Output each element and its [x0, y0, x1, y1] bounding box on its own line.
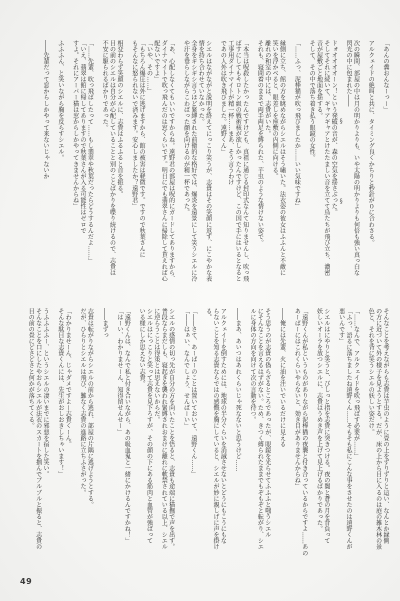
upper-text-tier: 「あんの糞おんなーっー」アルクェイドの絶叫と共に、タイミング良くかちりと秒針が０… — [42, 40, 389, 286]
blank-line — [93, 308, 100, 554]
blank-line — [359, 308, 366, 554]
text-line: いる様にしか思えない志貴。 — [138, 308, 145, 554]
blank-line — [123, 40, 130, 286]
text-line: シエルはながながと説明を終えてにっこり笑うが、志貴はその笑顔に返す、にこやかな表 — [204, 40, 211, 286]
blank-line — [271, 308, 278, 554]
text-line: ダイナマイトで吹っ飛んだのは窓くらいです。明日にでも翡翠さんに掃除して貰えれば心 — [160, 40, 167, 286]
blank-line — [374, 40, 381, 286]
blank-line — [197, 308, 204, 554]
text-line: そんなことを口にしたやおらシエルが法衣のスカートを掴んでブルブルと振ると、志貴の — [34, 308, 41, 554]
text-line: ――まあ、あいつはあれくらいじゃ死なないと思うけど…… — [234, 308, 241, 554]
text-line: ばすにしてもキロトン級の戦術核が欲しかったんですけど、この国で手にはいるとなると — [234, 40, 241, 286]
text-line: アルクェイドの絶叫と共に、タイミング良くかちりと秒針が０に合わさる。 — [367, 40, 374, 286]
text-line: そして、その中で落ち着き払う眼鏡の女性。 — [308, 40, 315, 286]
text-line: 「あんの糞おんなーっー」 — [382, 40, 389, 286]
section-break-mark: § § — [337, 40, 344, 286]
text-line: 「……なんで、アルクェイドを吹っ飛ばす必要が……」 — [352, 308, 359, 554]
blank-line — [93, 40, 100, 286]
text-line: 「――はぁい、なんでしょう、せんぱーい」 — [182, 308, 189, 554]
text-line: 「……先輩、吹っ飛ばしたって……もし翡翠や秋葉だったらどうするんだよ……」 — [86, 40, 93, 286]
text-line: 「いえ、翡翠は館に帰してありますので秋葉さんが入る可能性はゼロで — [79, 40, 86, 286]
text-line: あーぱーにはこれくらいやらないと、効き目がありませんからね」 — [293, 308, 300, 554]
blank-line — [49, 40, 56, 286]
text-line: シエルの感情の切っ先が自分の方を向いたことを悟ると、志貴も途端に猫撫で声を出す。 — [167, 308, 174, 554]
text-line: に逆らうことは得策とは思えないからだ。 — [153, 308, 160, 554]
text-line: 目の前のシエルは自分が心配していることと別のことばかりを喋り続けるので、志貴は — [108, 40, 115, 286]
text-line: それも、寝間着のままで両手両足を縛られた、芋虫のような情けない姿で。 — [256, 40, 263, 286]
text-line: うふふふふー、というシエルの凄いまでに邪悪を宿した笑い。 — [42, 308, 49, 554]
text-line: シエルはにっこりと笑って志貴を見下ろすが、その顔の下にある筋肉と血管が強ばって — [145, 308, 152, 554]
text-line: もそんなに怒られないで済みます。安心しましたか？遠野君」 — [130, 40, 137, 286]
text-line: ドォオオオオーン！という発破の音が、森の空気を揺さぶった。 — [330, 40, 337, 286]
text-line: 情を持ち合わせていなかった。 — [197, 40, 204, 286]
text-line: 「いや、その……」 — [145, 40, 152, 286]
text-line: ――俺には先輩、火に油を注いでいるだけに見える — [278, 308, 285, 554]
text-line: だが、ひらりとシエルは飛び、難なく志貴の進路に立ちふさがった。 — [79, 308, 86, 554]
text-line: 不安に駆られるばかりであった。 — [101, 40, 108, 286]
text-line: 「本当は呪殺したかったんですけども、真祖に通じる封印式なんて知りませんし、吹っ飛 — [241, 40, 248, 286]
blank-line — [249, 40, 256, 286]
blank-line — [300, 40, 307, 286]
blank-line — [359, 40, 366, 286]
text-line: そう思うのが志貴の偽らざるところであったが、眼鏡を光らせてふふふと嗤うシエル — [263, 308, 270, 554]
blank-line — [212, 40, 219, 286]
blank-line — [130, 308, 137, 554]
blank-line — [64, 40, 71, 286]
text-line: 音が屋敷ごと地面を揺する。 — [315, 40, 322, 286]
text-line: の方に近づいて外の様子を見ようとする。だが、床の上から目に入るのは庭の雑木林の景 — [374, 308, 381, 554]
text-line: 普段ならまだしも、寝起きを襲われ緊縛されおまけに離れに軟禁されている以上、シエル — [160, 308, 167, 554]
text-line: ふふふん、と笑いながら胸を反らすシエル。 — [56, 40, 63, 286]
text-line: 目の前の畳にどさどさと何かが落ちてくる。 — [27, 308, 34, 554]
blank-line — [226, 308, 233, 554]
text-line: 閃光の中に包まれた―― — [345, 40, 352, 286]
text-line: 「遠野くんが私というものがありながら泥棒猫の夜襲と付き合っているからですよ……あ… — [300, 308, 307, 554]
text-line: 笑いを浮かべると、眼差しを座敷の内側に向ける。 — [271, 40, 278, 286]
lower-text-tier: そんなことを考えながらも志貴は芋虫のように畳の上をずりずりと這い、なんとか縁側の… — [27, 308, 389, 554]
text-line: 離れの和室の中には、志貴がいた。 — [263, 40, 270, 286]
page-number: 49 — [20, 577, 32, 586]
blank-line — [330, 308, 337, 554]
text-line: にそんなことを言えるはずがない。ため、きつく縛られたままでもぞもぞと転がり、シエ — [256, 308, 263, 554]
blank-line — [49, 308, 56, 554]
text-line: 「あ、心配しなくてもいいですからね。遠野君の部屋は呪的にガードしてありますから、 — [167, 40, 174, 286]
blank-line — [175, 40, 182, 286]
text-line: らないことを知る志貴ならではの感慨を胸にしていると、シエルが妙に親しげに声を掛け — [212, 308, 219, 554]
blank-line — [175, 308, 182, 554]
text-line: アルクェイドを倒すためには、地球の半分ぐらいを消滅させないとどうにもこうにもな — [219, 308, 226, 554]
text-line: 悪いんです」 — [337, 308, 344, 554]
blank-line — [241, 308, 248, 554]
text-line: ――先輩だって窓からしかやって来ないじゃないか — [42, 40, 49, 286]
text-line: 「遠野くんは、なんで私と付き合いながら、あの吸血鬼と一緒にかけるんですかね！」 — [123, 308, 130, 554]
text-line: 工事用ダイナマイトが精一杯……まあ、そう言うわけ — [226, 40, 233, 286]
text-line: 色と、それを背に笑うシエルの妖しい姿だけ。 — [367, 308, 374, 554]
text-line: 次の瞬間、部屋の中は月の明かりよりも、いや太陽の明かりよりも何倍も強い真っ白な — [352, 40, 359, 286]
text-line: すよ。それにアーパー猫は窓からしかやってきませんからね」 — [71, 40, 78, 286]
blank-line — [71, 308, 78, 554]
text-line: 「はーい、わかりませーん、知得留せんせー」 — [116, 308, 123, 554]
text-line: 「わかりませーん、じゃダメですよー志貴くーん。 — [64, 308, 71, 554]
text-line: や汗を垂らしながらこわばった顔を向けるのが精一杯であった。 — [182, 40, 189, 286]
blank-line — [286, 40, 293, 286]
text-line: 「……ふっ、泥棒猫が吹っ飛びましたか……いい気味ですね」 — [293, 40, 300, 286]
text-line: であの人外は吹き飛びました。遠野くん」 — [219, 40, 226, 286]
text-line: そしてそれに続いて、ギャアギャアとけたたましい音を立てて鳥たちが飛び立ち、濃密 — [322, 40, 329, 286]
text-line: 志貴は転がりながらシエルの前から逃れ、部屋の片隅に逃げようとする。 — [86, 308, 93, 554]
text-line: 「もちろん爆圧は外に逃げますから、館の被害は軽微です。ですので秋葉さんに — [138, 40, 145, 286]
text-line: 「――さて、あーぱーのことは置いておいて、遠野くん……」 — [189, 308, 196, 554]
blank-line — [108, 308, 115, 554]
text-line: ルに身体の方向を向けて次の言動を待つ。 — [249, 308, 256, 554]
blank-line — [286, 308, 293, 554]
text-line: そんなことを考えながらも志貴は芋虫のように畳の上をずりずりと這い、なんとか縁側 — [382, 308, 389, 554]
blank-line — [308, 308, 315, 554]
text-line: 妖しいオーラを放つシエルに、志貴はうめき声を上げて見上げるばかりであった。 — [315, 308, 322, 554]
text-line: る。 — [204, 308, 211, 554]
text-line: ――まずっ — [101, 308, 108, 554]
text-line: 相変わらず笑顔のシエルに、志貴はふるふると首を振る。 — [116, 40, 123, 286]
text-line: 全身をギシギシ言うほど緊縛された前衛的な格好では、爆炎を遠景にして笑うシエルに冷 — [189, 40, 196, 286]
text-line: 「ふっ、語るに落ちましたね遠野くん……そもそも私にこんな事をさせたのは遠野くんが — [345, 308, 352, 554]
text-line: 縁側に立ち、館の方を眺めながらシエルはそう嘯いた。法衣姿の彼女はふふんと不敵に — [278, 40, 285, 286]
text-line: 配ないですよ」 — [153, 40, 160, 286]
text-line: シエルはにやりと笑うと、びしっと指を志貴に突きつける。夜の闇と蒼の月を背負って — [322, 308, 329, 554]
text-line: そんな駄目な志貴くんには、先生がおしおきしちゃいます！」 — [56, 308, 63, 554]
book-page: 「あんの糞おんなーっー」アルクェイドの絶叫と共に、タイミング良くかちりと秒針が０… — [0, 0, 400, 601]
